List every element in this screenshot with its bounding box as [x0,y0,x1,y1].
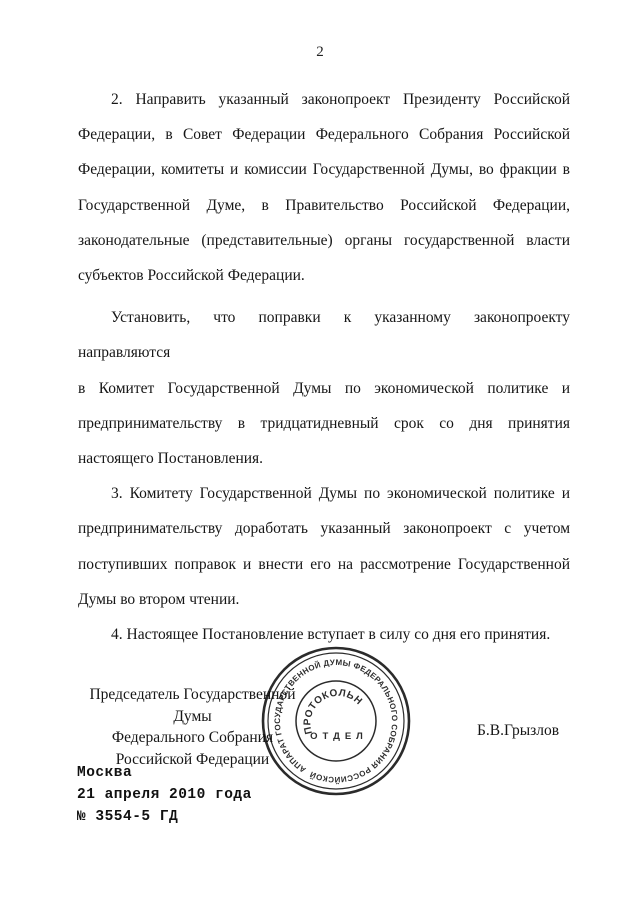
footer-date: 21 апреля 2010 года [77,784,252,806]
stamp-center-text: ОТДЕЛ [310,731,368,742]
document-body: 2. Направить указанный законопроект През… [78,82,570,652]
text-line: настоящего Постановления. [78,441,570,476]
paragraph: 3. Комитету Государственной Думы по экон… [78,476,570,617]
text-line: Федерации, в Совет Федерации Федеральног… [78,117,570,152]
text-line: законодательные (представительные) орган… [78,223,570,258]
signature-name: Б.В.Грызлов [477,722,559,740]
text-line: Думы во втором чтении. [78,582,570,617]
paragraph: 2. Направить указанный законопроект През… [78,82,570,293]
text-line: предпринимательству в тридцатидневный ср… [78,406,570,441]
page-number: 2 [0,44,640,61]
text-line: Федерации, комитеты и комиссии Государст… [78,152,570,187]
document-page: 2 2. Направить указанный законопроект Пр… [0,0,640,900]
text-line: 2. Направить указанный законопроект През… [78,82,570,117]
footer-block: Москва 21 апреля 2010 года № 3554-5 ГД [77,762,252,828]
stamp-ring-text: АППАРАТ ГОСУДАРСТВЕННОЙ ДУМЫ ФЕДЕРАЛЬНОГ… [258,643,399,784]
text-line: Государственной Думе, в Правительство Ро… [78,188,570,223]
svg-text:АППАРАТ ГОСУДАРСТВЕННОЙ ДУМЫ Ф: АППАРАТ ГОСУДАРСТВЕННОЙ ДУМЫ ФЕДЕРАЛЬНОГ… [258,643,399,784]
footer-document-number: № 3554-5 ГД [77,806,252,828]
text-line: предпринимательству доработать указанный… [78,511,570,546]
footer-city: Москва [77,762,252,784]
protocol-department-stamp-icon: АППАРАТ ГОСУДАРСТВЕННОЙ ДУМЫ ФЕДЕРАЛЬНОГ… [258,643,414,799]
paragraph: Установить, что поправки к указанному за… [78,300,570,476]
stamp-outer-ring [263,648,409,794]
text-line: поступивших поправок и внести его на рас… [78,547,570,582]
text-line: субъектов Российской Федерации. [78,258,570,293]
stamp-middle-ring [268,653,404,789]
text-line: 3. Комитету Государственной Думы по экон… [78,476,570,511]
text-line: Установить, что поправки к указанному за… [78,300,570,370]
text-line: в Комитет Государственной Думы по эконом… [78,371,570,406]
